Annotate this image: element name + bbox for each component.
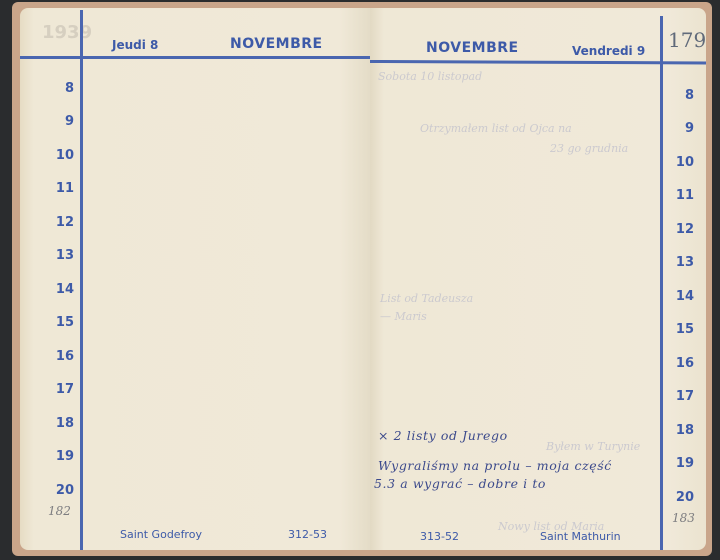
day-count: 313-52 [420,530,459,543]
hour-8: 8 [670,88,694,103]
hour-10: 10 [50,148,74,163]
hour-12: 12 [670,222,694,237]
hour-16: 16 [670,356,694,371]
hour-15: 15 [50,315,74,330]
saint-name: Saint Mathurin [540,530,621,543]
bleed-through-text: Otrzymałem list od Ojca na [420,122,572,135]
left-page: 1939 Jeudi 8 NOVEMBRE 8 9 10 11 12 13 14… [20,8,370,550]
header-rule [20,56,370,59]
ghost-year: 1939 [42,22,92,43]
handwritten-note-line: 5.3 a wygrać – dobre i to [374,476,546,491]
hour-16: 16 [50,349,74,364]
hour-17: 17 [50,382,74,397]
hour-19: 19 [670,456,694,471]
bleed-through-text: — Maris [380,310,427,323]
hour-13: 13 [670,255,694,270]
diary-book: 1939 Jeudi 8 NOVEMBRE 8 9 10 11 12 13 14… [12,2,712,556]
bleed-through-text: List od Tadeusza [380,292,473,305]
hour-9: 9 [50,114,74,129]
saint-name: Saint Godefroy [120,528,202,541]
hour-11: 11 [50,181,74,196]
hour-12: 12 [50,215,74,230]
handwritten-note-line: Wygraliśmy na prolu – moja część [378,458,612,473]
hour-11: 11 [670,188,694,203]
right-page: NOVEMBRE Vendredi 9 179 Sobota 10 listop… [370,8,706,550]
hour-column-divider [80,10,83,550]
hour-18: 18 [50,416,74,431]
bleed-through-text: Byłem w Turynie [546,440,640,453]
day-count: 312-53 [288,528,327,541]
hour-20: 20 [50,483,74,498]
month-label: NOVEMBRE [230,36,323,52]
hour-8: 8 [50,81,74,96]
handwritten-corner-number: 179 [668,28,706,52]
header-rule [370,60,706,64]
hour-15: 15 [670,322,694,337]
hour-18: 18 [670,423,694,438]
hour-19: 19 [50,449,74,464]
page-number: 183 [672,511,695,525]
hour-17: 17 [670,389,694,404]
page-number: 182 [48,504,71,518]
hour-20: 20 [670,490,694,505]
month-label: NOVEMBRE [426,40,519,56]
bleed-through-text: Sobota 10 listopad [378,70,482,83]
hour-14: 14 [50,282,74,297]
hour-14: 14 [670,289,694,304]
hour-13: 13 [50,248,74,263]
bleed-through-text: 23 go grudnia [550,142,628,155]
day-label: Vendredi 9 [572,44,645,58]
hour-9: 9 [670,121,694,136]
hour-10: 10 [670,155,694,170]
handwritten-note-line: × 2 listy od Jurego [378,428,508,443]
day-label: Jeudi 8 [112,38,158,52]
hour-column-divider [660,16,663,550]
